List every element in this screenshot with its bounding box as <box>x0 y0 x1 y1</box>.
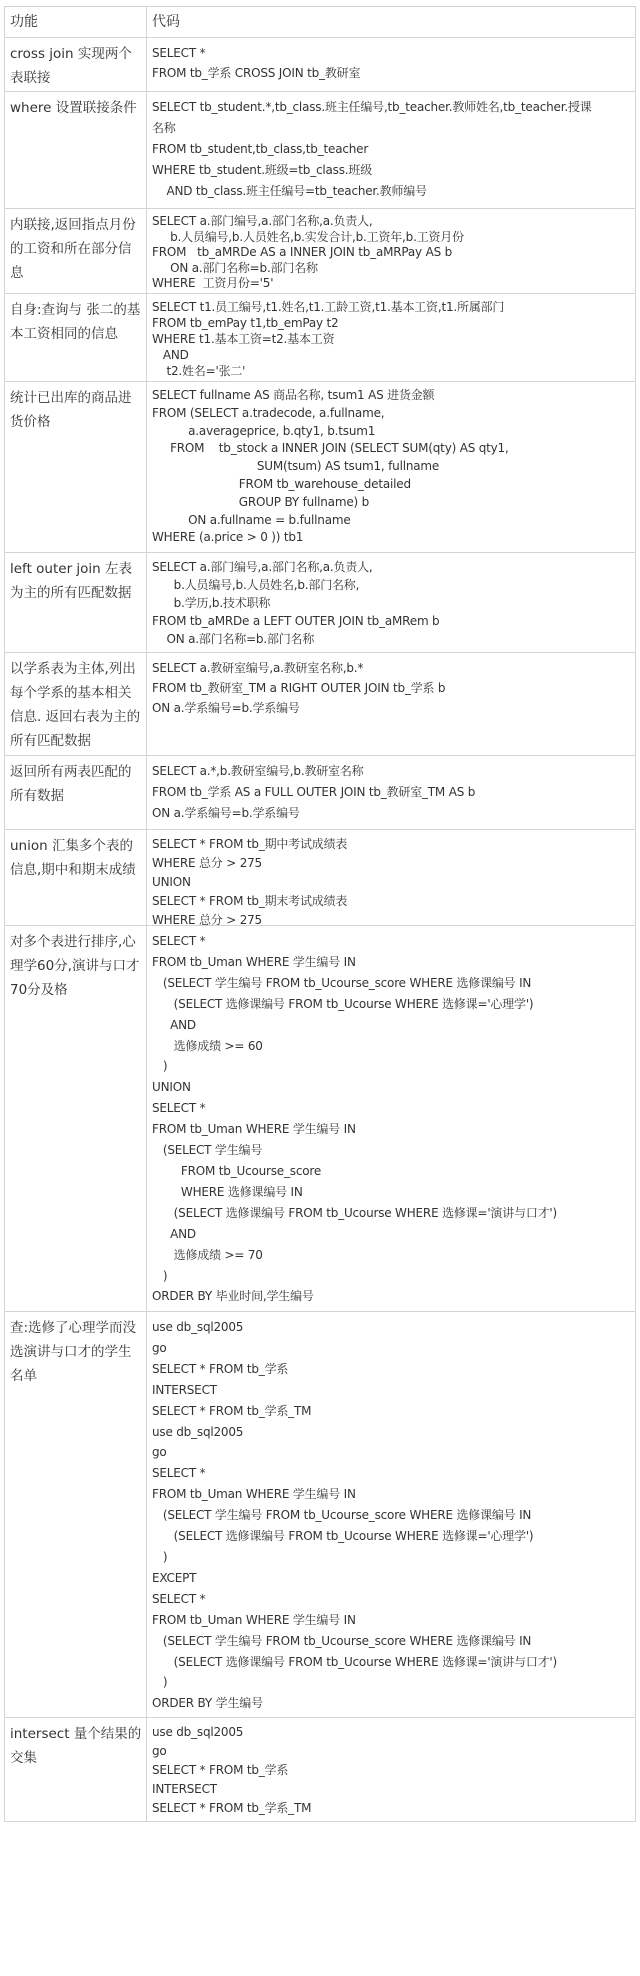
header-function: 功能 <box>5 7 147 37</box>
code-line: UNION <box>152 1077 629 1098</box>
code-line: SELECT * FROM tb_学系 <box>152 1359 629 1380</box>
code-cell: use db_sql2005goSELECT * FROM tb_学系INTER… <box>147 1718 635 1821</box>
table-row: 对多个表进行排序,心理学60分,演讲与口才70分及格SELECT *FROM t… <box>5 926 635 1312</box>
table-body: cross join 实现两个表联接SELECT *FROM tb_学系 CRO… <box>5 38 635 1822</box>
code-line: SELECT * FROM tb_学系_TM <box>152 1799 629 1818</box>
table-row: left outer join 左表为主的所有匹配数据SELECT a.部门编号… <box>5 553 635 653</box>
code-line: FROM tb_stock a INNER JOIN (SELECT SUM(q… <box>152 440 629 458</box>
code-line: FROM tb_emPay t1,tb_emPay t2 <box>152 315 629 331</box>
table-row: 统计已出库的商品进货价格SELECT fullname AS 商品名称, tsu… <box>5 382 635 553</box>
code-line: FROM tb_Uman WHERE 学生编号 IN <box>152 1119 629 1140</box>
code-line: FROM tb_学系 CROSS JOIN tb_教研室 <box>152 63 629 83</box>
code-line: WHERE t1.基本工资=t2.基本工资 <box>152 331 629 347</box>
function-cell: 统计已出库的商品进货价格 <box>5 382 147 552</box>
code-line: ) <box>152 1056 629 1077</box>
code-line: WHERE 工资月份='5' <box>152 276 629 292</box>
code-line: go <box>152 1442 629 1463</box>
code-line: SELECT a.部门编号,a.部门名称,a.负责人, <box>152 214 629 230</box>
code-line: WHERE tb_student.班级=tb_class.班级 <box>152 160 629 181</box>
code-line: GROUP BY fullname) b <box>152 494 629 512</box>
code-line: SELECT * <box>152 1589 629 1610</box>
code-line: ORDER BY 毕业时间,学生编号 <box>152 1286 629 1307</box>
code-line: SELECT * <box>152 1098 629 1119</box>
code-line: SELECT a.教研室编号,a.教研室名称,b.* <box>152 658 629 678</box>
code-cell: SELECT *FROM tb_Uman WHERE 学生编号 IN (SELE… <box>147 926 635 1311</box>
code-line: SELECT * FROM tb_学系_TM <box>152 1401 629 1422</box>
code-line: use db_sql2005 <box>152 1422 629 1443</box>
code-cell: SELECT fullname AS 商品名称, tsum1 AS 进货金额FR… <box>147 382 635 552</box>
function-cell: where 设置联接条件 <box>5 92 147 208</box>
code-line: b.人员编号,b.人员姓名,b.部门名称, <box>152 576 629 594</box>
code-line: SELECT * FROM tb_期中考试成绩表 <box>152 835 629 854</box>
code-line: INTERSECT <box>152 1380 629 1401</box>
code-line: use db_sql2005 <box>152 1317 629 1338</box>
code-line: (SELECT 选修课编号 FROM tb_Ucourse WHERE 选修课=… <box>152 1203 629 1224</box>
code-line: INTERSECT <box>152 1780 629 1799</box>
code-line: 选修成绩 >= 60 <box>152 1036 629 1057</box>
code-cell: SELECT a.*,b.教研室编号,b.教研室名称FROM tb_学系 AS … <box>147 756 635 829</box>
code-line: go <box>152 1338 629 1359</box>
code-line: FROM tb_warehouse_detailed <box>152 476 629 494</box>
code-cell: SELECT * FROM tb_期中考试成绩表WHERE 总分 > 275UN… <box>147 830 635 925</box>
code-cell: SELECT a.教研室编号,a.教研室名称,b.*FROM tb_教研室_TM… <box>147 653 635 755</box>
code-line: WHERE 选修课编号 IN <box>152 1182 629 1203</box>
code-line: ) <box>152 1547 629 1568</box>
code-line: SELECT t1.员工编号,t1.姓名,t1.工龄工资,t1.基本工资,t1.… <box>152 299 629 315</box>
table-row: cross join 实现两个表联接SELECT *FROM tb_学系 CRO… <box>5 38 635 92</box>
sql-reference-table: 功能 代码 cross join 实现两个表联接SELECT *FROM tb_… <box>4 6 636 1822</box>
code-cell: SELECT a.部门编号,a.部门名称,a.负责人, b.人员编号,b.人员姓… <box>147 209 635 293</box>
code-line: ON a.学系编号=b.学系编号 <box>152 698 629 718</box>
function-cell: union 汇集多个表的信息,期中和期末成绩 <box>5 830 147 925</box>
code-cell: SELECT tb_student.*,tb_class.班主任编号,tb_te… <box>147 92 635 208</box>
code-line: FROM tb_Uman WHERE 学生编号 IN <box>152 1484 629 1505</box>
code-cell: use db_sql2005goSELECT * FROM tb_学系INTER… <box>147 1312 635 1717</box>
code-line: FROM tb_aMRDe AS a INNER JOIN tb_aMRPay … <box>152 245 629 261</box>
code-line: use db_sql2005 <box>152 1723 629 1742</box>
code-line: FROM tb_学系 AS a FULL OUTER JOIN tb_教研室_T… <box>152 782 629 803</box>
code-line: SELECT fullname AS 商品名称, tsum1 AS 进货金额 <box>152 387 629 405</box>
code-cell: SELECT t1.员工编号,t1.姓名,t1.工龄工资,t1.基本工资,t1.… <box>147 294 635 381</box>
code-line: ON a.学系编号=b.学系编号 <box>152 803 629 824</box>
code-line: (SELECT 选修课编号 FROM tb_Ucourse WHERE 选修课=… <box>152 1652 629 1673</box>
table-header-row: 功能 代码 <box>5 7 635 38</box>
code-line: SELECT * FROM tb_学系 <box>152 1761 629 1780</box>
code-line: b.学历,b.技术职称 <box>152 594 629 612</box>
code-line: (SELECT 学生编号 FROM tb_Ucourse_score WHERE… <box>152 973 629 994</box>
function-cell: cross join 实现两个表联接 <box>5 38 147 91</box>
function-cell: 自身:查询与 张二的基本工资相同的信息 <box>5 294 147 381</box>
table-row: intersect 量个结果的交集use db_sql2005goSELECT … <box>5 1718 635 1822</box>
code-line: SELECT * <box>152 931 629 952</box>
table-row: 内联接,返回指点月份的工资和所在部分信息SELECT a.部门编号,a.部门名称… <box>5 209 635 294</box>
code-line: SUM(tsum) AS tsum1, fullname <box>152 458 629 476</box>
code-line: FROM (SELECT a.tradecode, a.fullname, <box>152 405 629 423</box>
code-line: AND <box>152 1015 629 1036</box>
code-line: go <box>152 1742 629 1761</box>
code-line: (SELECT 选修课编号 FROM tb_Ucourse WHERE 选修课=… <box>152 994 629 1015</box>
code-cell: SELECT *FROM tb_学系 CROSS JOIN tb_教研室 <box>147 38 635 91</box>
code-line: (SELECT 学生编号 <box>152 1140 629 1161</box>
table-row: where 设置联接条件SELECT tb_student.*,tb_class… <box>5 92 635 209</box>
code-line: ON a.部门名称=b.部门名称 <box>152 630 629 648</box>
code-line: FROM tb_aMRDe a LEFT OUTER JOIN tb_aMRem… <box>152 612 629 630</box>
function-cell: 以学系表为主体,列出每个学系的基本相关信息. 返回右表为主的所有匹配数据 <box>5 653 147 755</box>
function-cell: intersect 量个结果的交集 <box>5 1718 147 1821</box>
code-line: AND tb_class.班主任编号=tb_teacher.教师编号 <box>152 181 629 202</box>
code-cell: SELECT a.部门编号,a.部门名称,a.负责人, b.人员编号,b.人员姓… <box>147 553 635 652</box>
code-line: ORDER BY 学生编号 <box>152 1693 629 1714</box>
function-cell: 对多个表进行排序,心理学60分,演讲与口才70分及格 <box>5 926 147 1311</box>
code-line: SELECT * FROM tb_期末考试成绩表 <box>152 892 629 911</box>
code-line: WHERE 总分 > 275 <box>152 854 629 873</box>
code-line: FROM tb_Ucourse_score <box>152 1161 629 1182</box>
code-line: 选修成绩 >= 70 <box>152 1245 629 1266</box>
function-cell: 查:选修了心理学而没选演讲与口才的学生名单 <box>5 1312 147 1717</box>
code-line: EXCEPT <box>152 1568 629 1589</box>
code-line: UNION <box>152 873 629 892</box>
function-cell: left outer join 左表为主的所有匹配数据 <box>5 553 147 652</box>
code-line: (SELECT 选修课编号 FROM tb_Ucourse WHERE 选修课=… <box>152 1526 629 1547</box>
code-line: t2.姓名='张二' <box>152 363 629 379</box>
code-line: FROM tb_Uman WHERE 学生编号 IN <box>152 952 629 973</box>
code-line: SELECT a.部门编号,a.部门名称,a.负责人, <box>152 558 629 576</box>
code-line: b.人员编号,b.人员姓名,b.实发合计,b.工资年,b.工资月份 <box>152 230 629 246</box>
function-cell: 返回所有两表匹配的所有数据 <box>5 756 147 829</box>
function-cell: 内联接,返回指点月份的工资和所在部分信息 <box>5 209 147 293</box>
code-line: 名称 <box>152 118 629 139</box>
code-line: WHERE (a.price > 0 )) tb1 <box>152 529 629 547</box>
table-row: 自身:查询与 张二的基本工资相同的信息SELECT t1.员工编号,t1.姓名,… <box>5 294 635 382</box>
code-line: ) <box>152 1266 629 1287</box>
code-line: SELECT * <box>152 1463 629 1484</box>
code-line: (SELECT 学生编号 FROM tb_Ucourse_score WHERE… <box>152 1505 629 1526</box>
code-line: AND <box>152 347 629 363</box>
code-line: FROM tb_student,tb_class,tb_teacher <box>152 139 629 160</box>
code-line: (SELECT 学生编号 FROM tb_Ucourse_score WHERE… <box>152 1631 629 1652</box>
code-line: SELECT tb_student.*,tb_class.班主任编号,tb_te… <box>152 97 629 118</box>
code-line: SELECT a.*,b.教研室编号,b.教研室名称 <box>152 761 629 782</box>
table-row: 以学系表为主体,列出每个学系的基本相关信息. 返回右表为主的所有匹配数据SELE… <box>5 653 635 756</box>
code-line: ) <box>152 1672 629 1693</box>
code-line: SELECT * <box>152 43 629 63</box>
table-row: 返回所有两表匹配的所有数据SELECT a.*,b.教研室编号,b.教研室名称F… <box>5 756 635 830</box>
header-code: 代码 <box>147 7 635 37</box>
code-line: ON a.部门名称=b.部门名称 <box>152 261 629 277</box>
code-line: AND <box>152 1224 629 1245</box>
code-line: FROM tb_教研室_TM a RIGHT OUTER JOIN tb_学系 … <box>152 678 629 698</box>
table-row: 查:选修了心理学而没选演讲与口才的学生名单use db_sql2005goSEL… <box>5 1312 635 1718</box>
code-line: FROM tb_Uman WHERE 学生编号 IN <box>152 1610 629 1631</box>
table-row: union 汇集多个表的信息,期中和期末成绩SELECT * FROM tb_期… <box>5 830 635 926</box>
code-line: a.averageprice, b.qty1, b.tsum1 <box>152 423 629 441</box>
code-line: ON a.fullname = b.fullname <box>152 512 629 530</box>
